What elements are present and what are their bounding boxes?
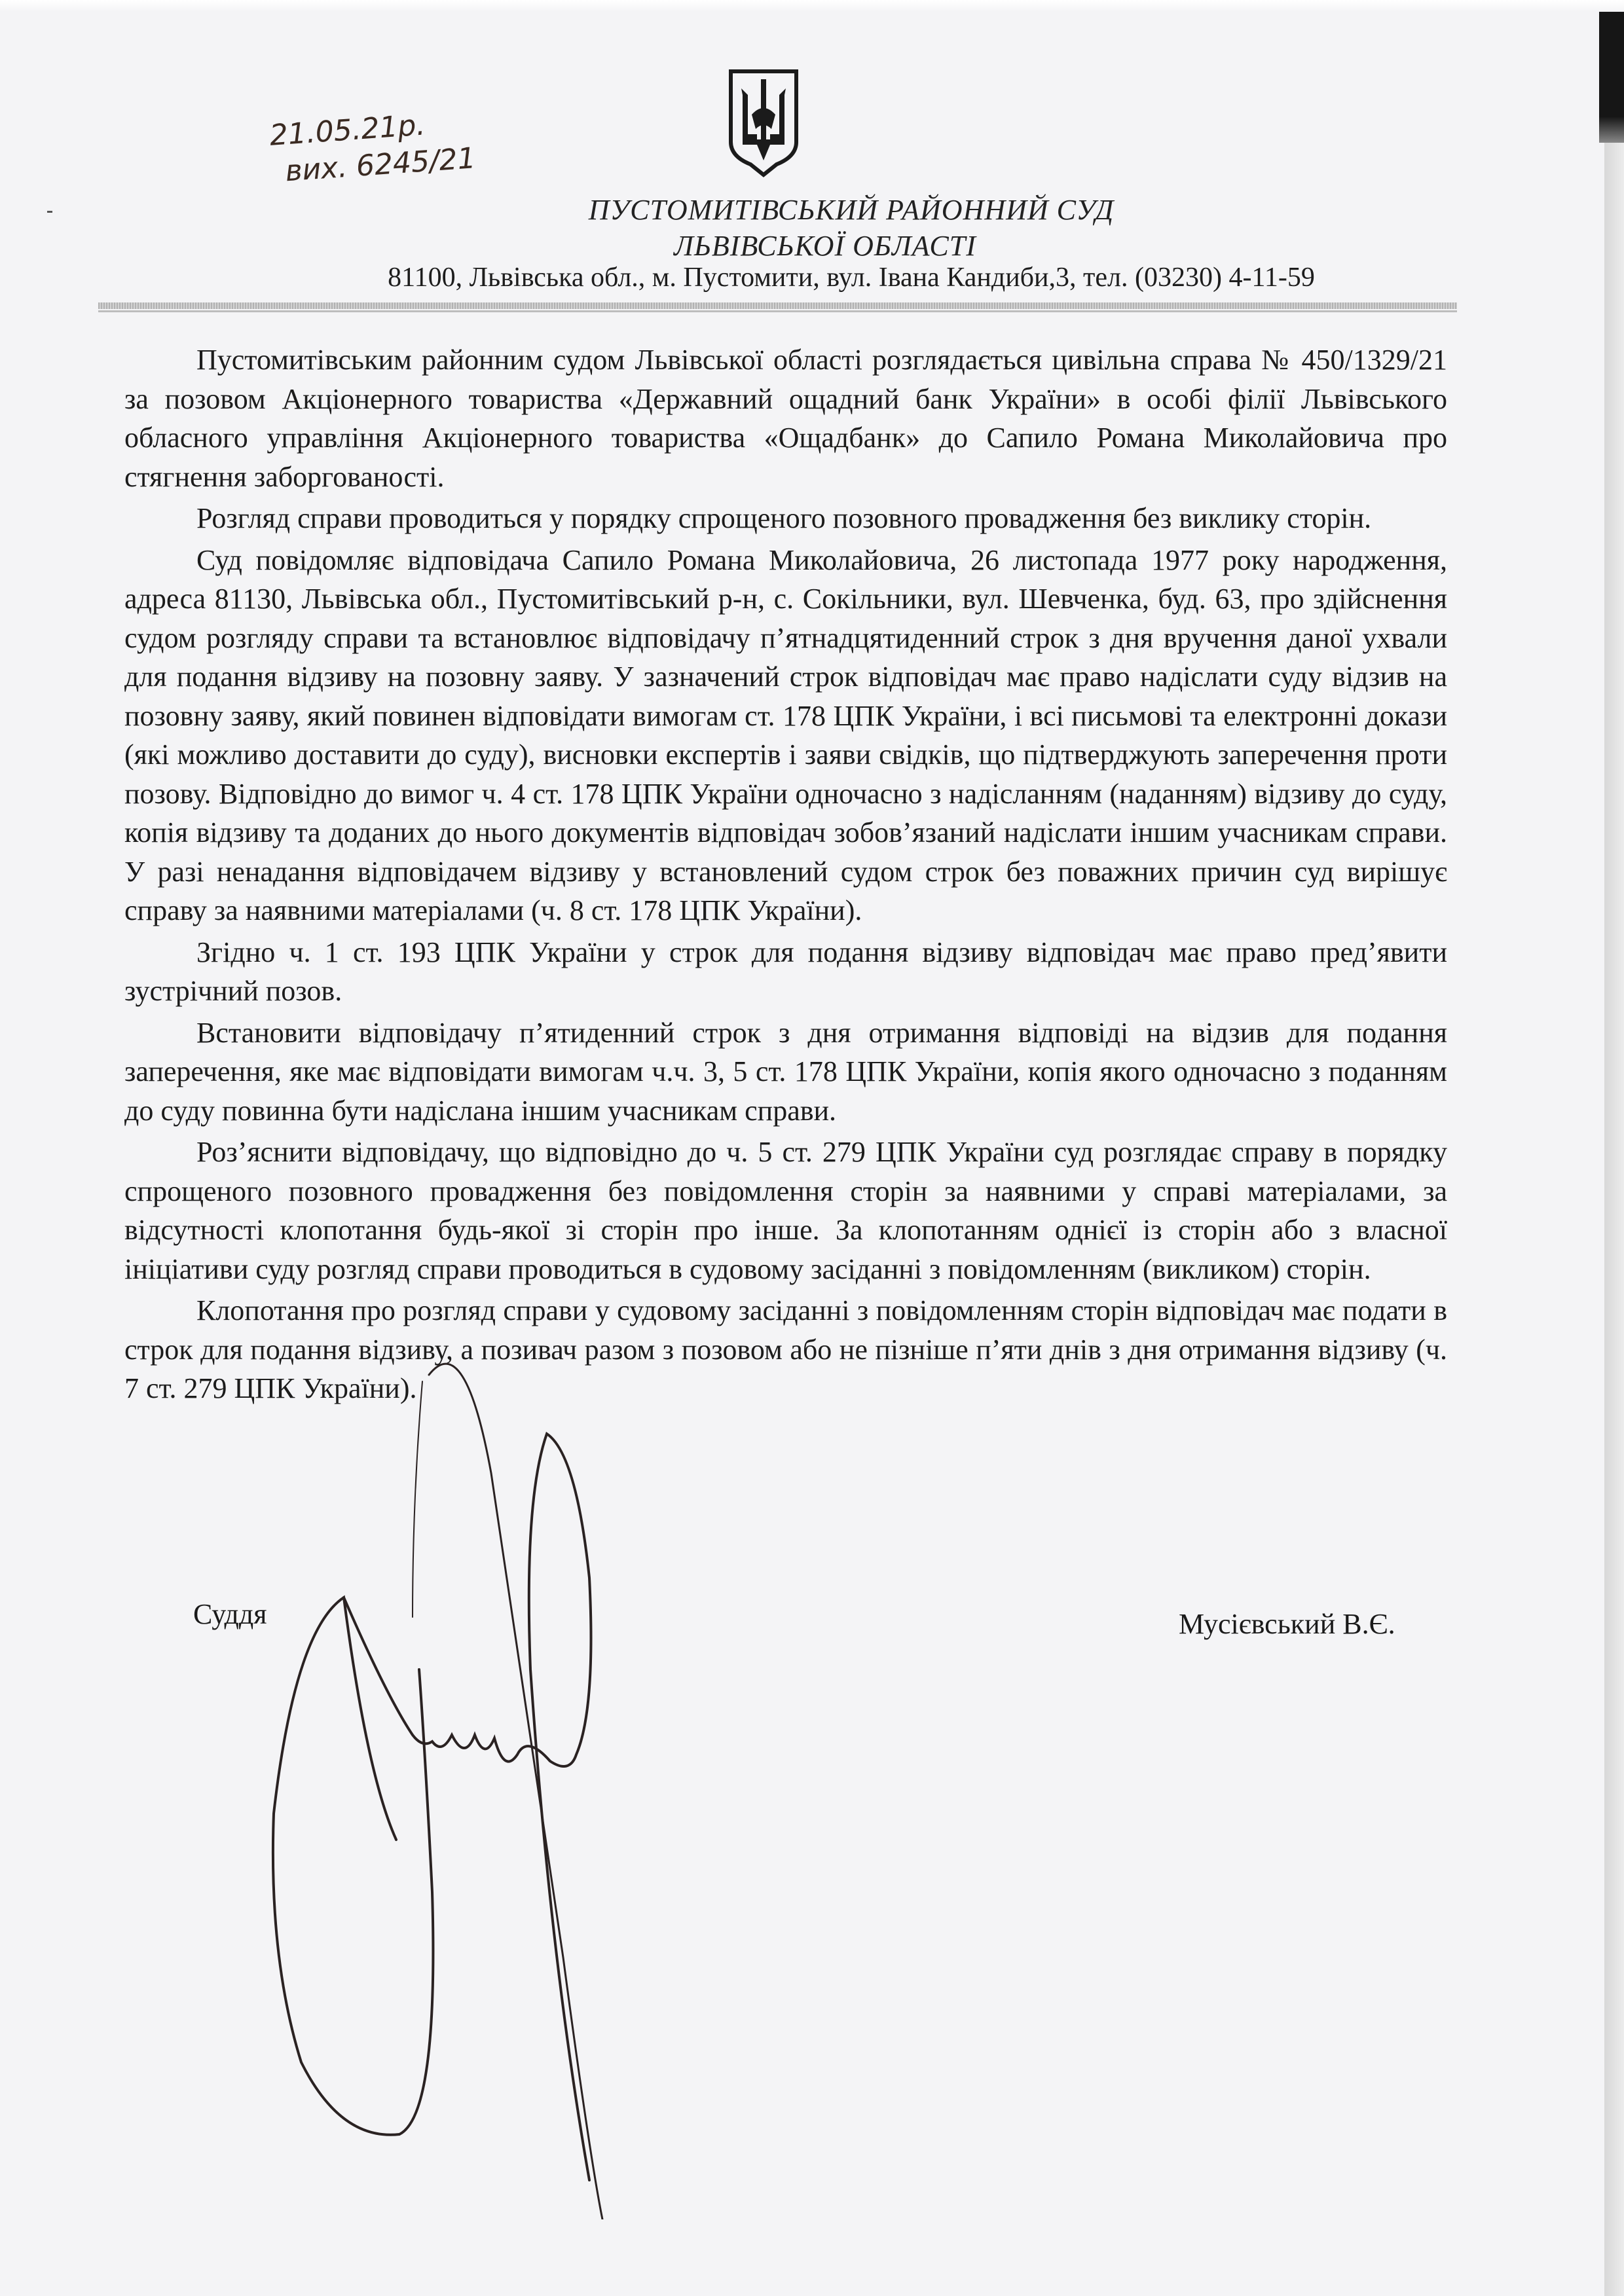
court-name: ПУСТОМИТІВСЬКИЙ РАЙОННИЙ СУД bbox=[39, 193, 1624, 227]
header-divider bbox=[98, 302, 1457, 309]
document-body: Пустомитівським районним судом Львівсько… bbox=[124, 340, 1447, 1411]
judge-name: Мусієвський В.Є. bbox=[1179, 1607, 1395, 1641]
paragraph-notice-to-defendant: Суд повідомляє відповідача Сапило Романа… bbox=[124, 541, 1447, 930]
paragraph-counterclaim: Згідно ч. 1 ст. 193 ЦПК України у строк … bbox=[124, 933, 1447, 1011]
paragraph-objection-deadline: Встановити відповідачу п’ятиденний строк… bbox=[124, 1013, 1447, 1131]
paragraph-procedure: Розгляд справи проводиться у порядку спр… bbox=[124, 499, 1447, 538]
scan-top-edge bbox=[0, 0, 1624, 12]
scan-right-edge bbox=[1604, 143, 1624, 2296]
coat-of-arms-icon bbox=[728, 69, 799, 177]
paragraph-case-description: Пустомитівським районним судом Львівсько… bbox=[124, 340, 1447, 496]
header-divider-line bbox=[98, 310, 1457, 312]
paragraph-explanation: Роз’яснити відповідачу, що відповідно до… bbox=[124, 1133, 1447, 1288]
signature-role: Суддя bbox=[193, 1597, 267, 1631]
court-region: ЛЬВІВСЬКОЇ ОБЛАСТІ bbox=[13, 229, 1624, 263]
court-address: 81100, Львівська обл., м. Пустомити, вул… bbox=[0, 262, 1624, 293]
handwritten-registration-note: 21.05.21р. вих. 6245/21 bbox=[268, 103, 477, 191]
scan-dark-edge bbox=[1599, 12, 1624, 143]
judge-signature bbox=[196, 1303, 917, 2219]
